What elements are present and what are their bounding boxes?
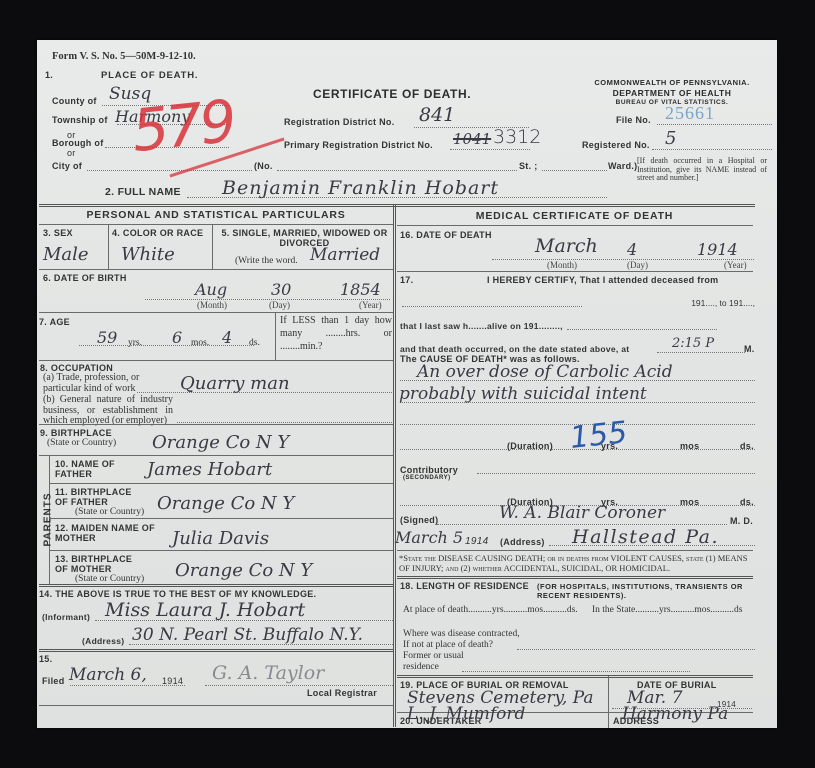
or-label: or — [67, 148, 76, 158]
primary-district-label: Primary Registration District No. — [284, 140, 433, 150]
filed-year: 1914 — [162, 676, 183, 686]
cause-line-2: probably with suicidal intent — [399, 384, 647, 404]
secondary-label: (SECONDARY) — [403, 475, 451, 481]
dob-day: 30 — [271, 280, 291, 299]
filed-label: Filed — [42, 676, 65, 686]
month-caption: (Month) — [547, 260, 577, 270]
race-label: 4. COLOR OR RACE — [112, 228, 203, 238]
father-name-value: James Hobart — [147, 459, 272, 480]
dod-label: 16. DATE OF DEATH — [400, 230, 492, 240]
occupation-a-hint: (a) Trade, profession, or particular kin… — [43, 373, 173, 394]
cause-line-1: An over dose of Carbolic Acid — [417, 362, 673, 382]
cause-footnote: *State the DISEASE CAUSING DEATH; or in … — [399, 554, 754, 573]
dob-month: Aug — [195, 280, 227, 299]
dod-day: 4 — [627, 240, 637, 259]
local-registrar-label: Local Registrar — [307, 688, 377, 698]
signed-year: 1914 — [465, 536, 488, 547]
birthplace-value: Orange Co N Y — [152, 432, 289, 453]
age-days-unit: ds. — [249, 338, 260, 348]
father-birthplace-sub: (State or Country) — [75, 507, 144, 517]
if-not-place-label: If not at place of death? — [403, 640, 493, 650]
md-label: M. D. — [730, 516, 753, 526]
residence-label: 18. LENGTH OF RESIDENCE — [400, 581, 529, 591]
age-years-unit: yrs. — [128, 338, 142, 348]
county-label: County of — [52, 96, 97, 106]
informant-value: Miss Laura J. Hobart — [105, 599, 305, 621]
duration-label: (Duration) — [507, 441, 553, 451]
signer-address: Hallstead Pa. — [572, 526, 719, 548]
occupation-value: Quarry man — [180, 373, 290, 394]
marital-value: Married — [310, 245, 380, 265]
death-certificate-page: Form V. S. No. 5—50M-9-12-10. 1. PLACE O… — [37, 40, 777, 728]
undertaker-address-value: Harmony Pa — [622, 704, 728, 724]
form-number: Form V. S. No. 5—50M-9-12-10. — [52, 51, 196, 62]
column-divider — [393, 205, 396, 727]
full-name-label: 2. FULL NAME — [105, 186, 181, 198]
file-no-stamp: 25661 — [665, 103, 715, 124]
death-time-meridiem: M. — [744, 344, 755, 354]
medical-certificate-heading: MEDICAL CERTIFICATE OF DEATH — [397, 210, 752, 222]
issuing-authority: COMMONWEALTH OF PENNSYLVANIA. DEPARTMENT… — [567, 78, 777, 106]
street-label: St. ; — [519, 161, 538, 171]
dob-label: 6. DATE OF BIRTH — [43, 273, 127, 283]
death-time-line: and that death occurred, on the date sta… — [400, 344, 629, 354]
residence-at-place: At place of death..........yrs..........… — [403, 605, 588, 616]
day-caption: (Day) — [627, 260, 648, 270]
birthplace-label: 9. BIRTHPLACE — [40, 428, 112, 438]
red-annotation-579: 579 — [129, 87, 237, 165]
hospital-note: [If death occurred in a Hospital or Inst… — [637, 157, 767, 183]
file-no-label: File No. — [616, 115, 651, 125]
death-time: 2:15 P — [672, 336, 714, 351]
mother-birthplace-sub: (State or Country) — [75, 574, 144, 584]
last-saw-line: that I last saw h.......alive on 191....… — [400, 321, 563, 331]
duration-mos-unit: mos — [680, 497, 699, 507]
undertaker-value: L. J. Mumford — [407, 704, 525, 724]
residence-note: (FOR HOSPITALS, INSTITUTIONS, TRANSIENTS… — [537, 582, 755, 600]
mother-birthplace-label: 13. BIRTHPLACE OF MOTHER — [55, 554, 145, 574]
informant-address-label: (Address) — [82, 636, 124, 646]
city-label: City of — [52, 161, 82, 171]
authority-line2: DEPARTMENT OF HEALTH — [567, 88, 777, 98]
duration-ds-unit: ds. — [740, 497, 754, 507]
father-birthplace-value: Orange Co N Y — [157, 493, 294, 514]
registration-district-label: Registration District No. — [284, 117, 395, 127]
age-months-unit: mos. — [191, 338, 209, 348]
borough-label: Borough of — [52, 138, 104, 148]
age-years: 59 — [97, 328, 117, 347]
certify-number: 17. — [400, 275, 413, 285]
certify-text: I HEREBY CERTIFY, That I attended deceas… — [487, 275, 718, 285]
mother-name-value: Julia Davis — [172, 528, 269, 549]
filed-section-number: 15. — [39, 654, 52, 664]
signer-address-label: (Address) — [500, 537, 545, 547]
attestation-label: 14. THE ABOVE IS TRUE TO THE BEST OF MY … — [39, 589, 316, 599]
parents-label: PARENTS — [43, 492, 54, 546]
age-label: 7. AGE — [39, 317, 70, 327]
authority-line1: COMMONWEALTH OF PENNSYLVANIA. — [567, 78, 777, 87]
place-section-number: 1. — [45, 70, 53, 80]
year-caption: (Year) — [359, 300, 382, 310]
month-caption: (Month) — [197, 300, 227, 310]
certificate-title: CERTIFICATE OF DEATH. — [313, 87, 471, 101]
informant-label: (Informant) — [42, 612, 90, 622]
dod-year: 1914 — [697, 240, 738, 259]
residence-in-state: In the State..........yrs..........mos..… — [592, 605, 755, 616]
father-name-label: 10. NAME OF FATHER — [55, 459, 135, 479]
duration-ds-unit: ds. — [740, 441, 754, 451]
mother-birthplace-value: Orange Co N Y — [175, 560, 312, 581]
ward-label: Ward.) — [608, 161, 637, 171]
signer-name: W. A. Blair Coroner — [499, 503, 665, 523]
sex-value: Male — [43, 244, 89, 265]
marital-hint: (Write the word. — [235, 256, 298, 266]
personal-particulars-heading: PERSONAL AND STATISTICAL PARTICULARS — [37, 209, 395, 221]
where-contracted-label: Where was disease contracted, — [403, 629, 520, 639]
registration-district-value: 841 — [419, 104, 455, 126]
blue-cause-code: 155 — [568, 415, 629, 456]
signed-label: (Signed) — [400, 515, 438, 525]
age-months: 6 — [172, 328, 182, 347]
full-name-value: Benjamin Franklin Hobart — [222, 177, 499, 199]
day-caption: (Day) — [269, 300, 290, 310]
dob-year: 1854 — [340, 280, 381, 299]
age-days: 4 — [222, 328, 232, 347]
registrar-signature: G. A. Taylor — [212, 662, 324, 684]
registered-no-value: 5 — [665, 128, 676, 149]
father-birthplace-label: 11. BIRTHPLACE OF FATHER — [55, 487, 145, 507]
street-number-label: (No. — [254, 161, 273, 171]
less-than-day-note: If LESS than 1 day how many ........hrs.… — [280, 314, 392, 353]
duration-mos-unit: mos — [680, 441, 699, 451]
primary-district-value: 3312 — [493, 126, 541, 148]
birthplace-sub: (State or Country) — [47, 438, 116, 448]
occupation-b-hint: (b) General nature of industry business,… — [43, 395, 173, 427]
filed-date: March 6, — [69, 665, 147, 685]
signed-date: March 5 — [395, 528, 463, 547]
registered-no-label: Registered No. — [582, 140, 650, 150]
year-caption: (Year) — [724, 260, 747, 270]
former-residence-label: Former or usual residence — [403, 651, 493, 673]
township-label: Township of — [52, 115, 108, 125]
primary-district-struck: 1041 — [453, 130, 491, 148]
dod-month: March — [535, 235, 598, 257]
race-value: White — [121, 244, 175, 265]
place-of-death-heading: PLACE OF DEATH. — [101, 70, 198, 81]
contributory-label: Contributory — [400, 465, 458, 475]
informant-address-value: 30 N. Pearl St. Buffalo N.Y. — [132, 625, 363, 645]
mother-name-label: 12. MAIDEN NAME OF MOTHER — [55, 523, 165, 543]
sex-label: 3. SEX — [43, 228, 73, 238]
